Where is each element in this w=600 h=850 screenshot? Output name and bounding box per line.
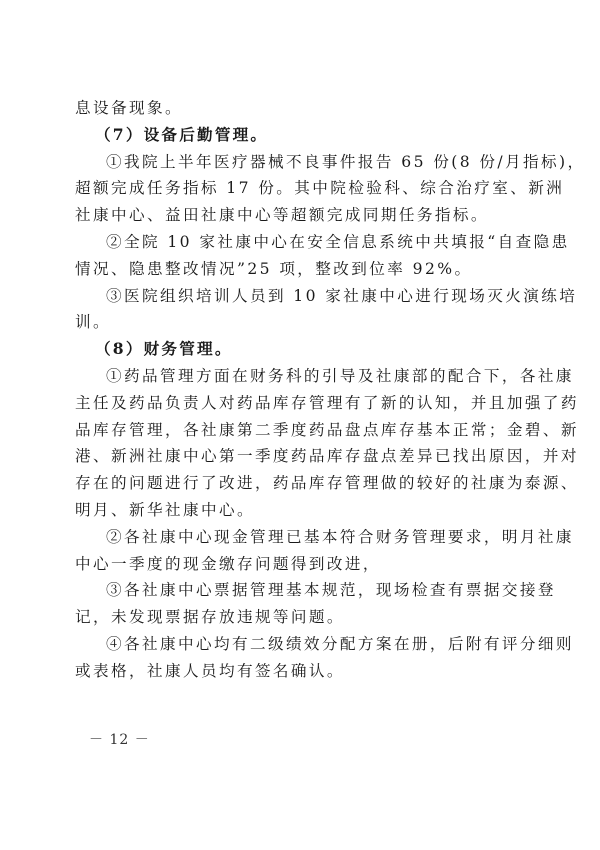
paragraph-line: 超额完成任务指标 17 份。其中院检验科、综合治疗室、新洲 <box>75 175 535 202</box>
section-heading-finance: （8）财务管理。 <box>75 336 535 363</box>
paragraph-line: ④各社康中心均有二级绩效分配方案在册，后附有评分细则 <box>75 631 535 658</box>
paragraph-line: 存在的问题进行了改进，药品库存管理做的较好的社康为泰源、 <box>75 470 535 497</box>
paragraph-line: 记，未发现票据存放违规等问题。 <box>75 604 535 631</box>
paragraph-line: 情况、隐患整改情况”25 项，整改到位率 92%。 <box>75 256 535 283</box>
paragraph-line: 主任及药品负责人对药品库存管理有了新的认知，并且加强了药 <box>75 390 535 417</box>
paragraph-line: ②全院 10 家社康中心在安全信息系统中共填报“自查隐患 <box>75 229 535 256</box>
page-number: － 12 － <box>89 729 150 749</box>
paragraph-line: 港、新洲社康中心第一季度药品库存盘点差异已找出原因，并对 <box>75 443 535 470</box>
document-page: 息设备现象。 （7）设备后勤管理。 ①我院上半年医疗器械不良事件报告 65 份(… <box>0 0 600 850</box>
paragraph-line: ③各社康中心票据管理基本规范，现场检查有票据交接登 <box>75 577 535 604</box>
paragraph-line: 息设备现象。 <box>75 95 535 122</box>
section-heading-equipment-logistics: （7）设备后勤管理。 <box>75 122 535 149</box>
paragraph-line: 社康中心、益田社康中心等超额完成同期任务指标。 <box>75 202 535 229</box>
paragraph-line: 品库存管理，各社康第二季度药品盘点库存基本正常；金碧、新 <box>75 417 535 444</box>
paragraph-line: ②各社康中心现金管理已基本符合财务管理要求，明月社康 <box>75 524 535 551</box>
paragraph-line: ①药品管理方面在财务科的引导及社康部的配合下，各社康 <box>75 363 535 390</box>
paragraph-line: 明月、新华社康中心。 <box>75 497 535 524</box>
paragraph-line: 或表格，社康人员均有签名确认。 <box>75 658 535 685</box>
paragraph-line: ①我院上半年医疗器械不良事件报告 65 份(8 份/月指标)， <box>75 149 535 176</box>
paragraph-line: 中心一季度的现金缴存问题得到改进， <box>75 551 535 578</box>
document-body: 息设备现象。 （7）设备后勤管理。 ①我院上半年医疗器械不良事件报告 65 份(… <box>75 95 535 685</box>
paragraph-line: ③医院组织培训人员到 10 家社康中心进行现场灭火演练培 <box>75 283 535 310</box>
paragraph-line: 训。 <box>75 309 535 336</box>
